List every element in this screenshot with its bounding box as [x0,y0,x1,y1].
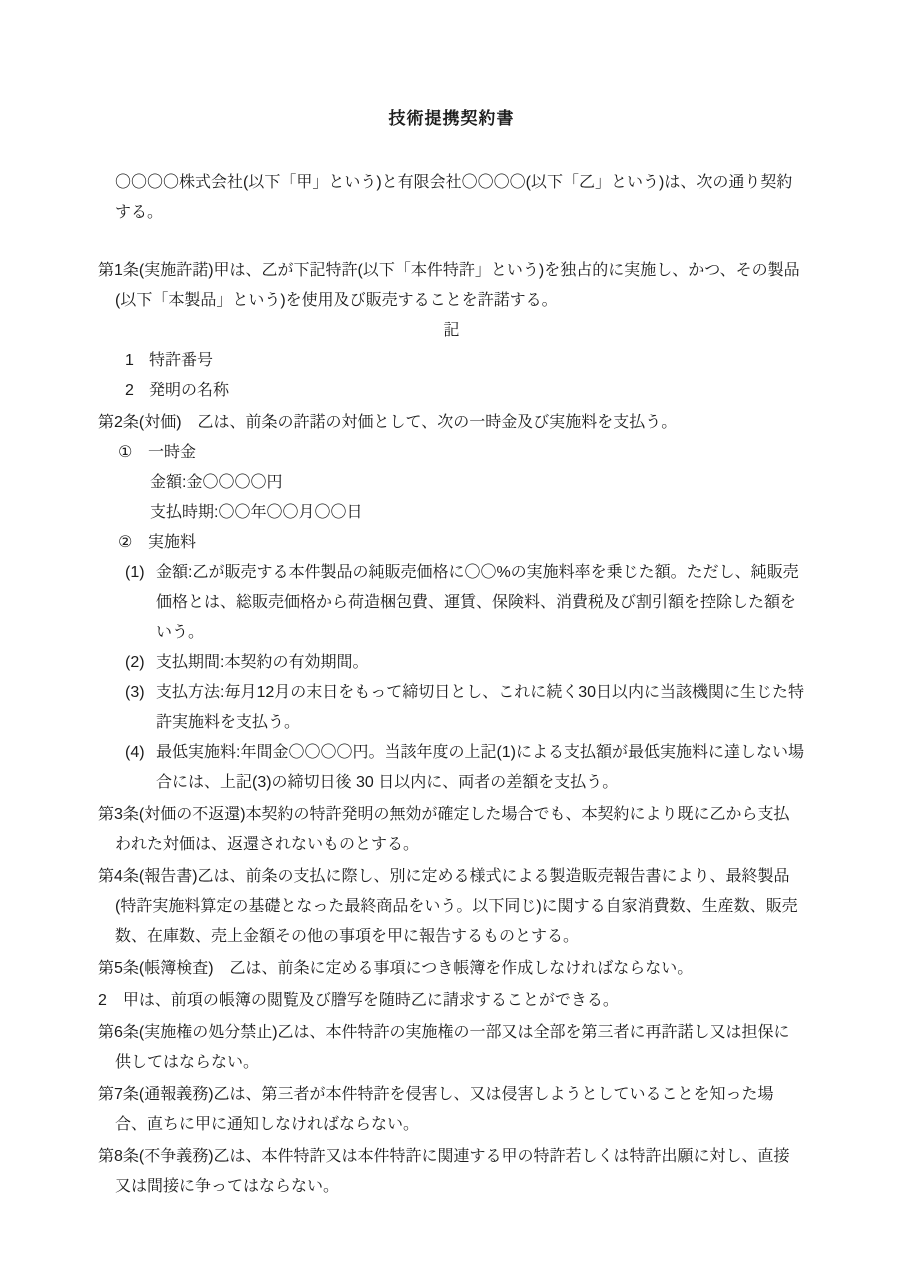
article-3: 第3条(対価の不返還)本契約の特許発明の無効が確定した場合でも、本契約により既に… [98,800,805,860]
article-5: 第5条(帳簿検査) 乙は、前条に定める事項につき帳簿を作成しなければならない。 [98,954,805,984]
patent-item-label: 発明の名称 [149,376,229,406]
circled-number: ① [118,438,148,468]
contract-document-page: 技術提携契約書 〇〇〇〇株式会社(以下「甲」という)と有限会社〇〇〇〇(以下「乙… [0,0,905,1280]
item-number: (2) [125,648,156,678]
royalty-item-4: (4) 最低実施料:年間金〇〇〇〇円。当該年度の上記(1)による支払額が最低実施… [98,738,805,798]
article-8: 第8条(不争義務)乙は、本件特許又は本件特許に関連する甲の特許若しくは特許出願に… [98,1142,805,1202]
item-text: 支払方法:毎月12月の末日をもって締切日とし、これに続く30日以内に当該機関に生… [156,678,805,738]
patent-item-label: 特許番号 [149,346,213,376]
patent-number-item: 1 特許番号 [98,346,805,376]
royalty-item-3: (3) 支払方法:毎月12月の末日をもって締切日とし、これに続く30日以内に当該… [98,678,805,738]
circled-number: ② [118,528,148,558]
royalty-item-2: (2) 支払期間:本契約の有効期間。 [98,648,805,678]
article-5-paragraph-2: 2 甲は、前項の帳簿の閲覧及び謄写を随時乙に請求することができる。 [98,986,805,1016]
patent-item-number: 1 [125,346,149,376]
item-number: (4) [125,738,156,798]
document-title: 技術提携契約書 [98,104,805,134]
patent-item-number: 2 [125,376,149,406]
royalty-heading: ② 実施料 [98,528,805,558]
article-6: 第6条(実施権の処分禁止)乙は、本件特許の実施権の一部又は全部を第三者に再許諾し… [98,1018,805,1078]
item-number: (3) [125,678,156,738]
item-text: 金額:乙が販売する本件製品の純販売価格に〇〇%の実施料率を乗じた額。ただし、純販… [156,558,805,648]
royalty-item-1: (1) 金額:乙が販売する本件製品の純販売価格に〇〇%の実施料率を乗じた額。ただ… [98,558,805,648]
invention-name-item: 2 発明の名称 [98,376,805,406]
article-1: 第1条(実施許諾)甲は、乙が下記特許(以下「本件特許」という)を独占的に実施し、… [98,256,805,316]
intro-paragraph: 〇〇〇〇株式会社(以下「甲」という)と有限会社〇〇〇〇(以下「乙」という)は、次… [98,168,805,228]
ki-marker: 記 [98,316,805,346]
item-number: (1) [125,558,156,648]
royalty-label: 実施料 [148,528,196,558]
lump-sum-heading: ① 一時金 [98,438,805,468]
lump-sum-amount: 金額:金〇〇〇〇円 [98,468,805,498]
article-2: 第2条(対価) 乙は、前条の許諾の対価として、次の一時金及び実施料を支払う。 [98,408,805,438]
item-text: 最低実施料:年間金〇〇〇〇円。当該年度の上記(1)による支払額が最低実施料に達し… [156,738,805,798]
item-text: 支払期間:本契約の有効期間。 [156,648,805,678]
article-4: 第4条(報告書)乙は、前条の支払に際し、別に定める様式による製造販売報告書により… [98,862,805,952]
lump-sum-label: 一時金 [148,438,196,468]
article-7: 第7条(通報義務)乙は、第三者が本件特許を侵害し、又は侵害しようとしていることを… [98,1080,805,1140]
lump-sum-payment-time: 支払時期:〇〇年〇〇月〇〇日 [98,498,805,528]
